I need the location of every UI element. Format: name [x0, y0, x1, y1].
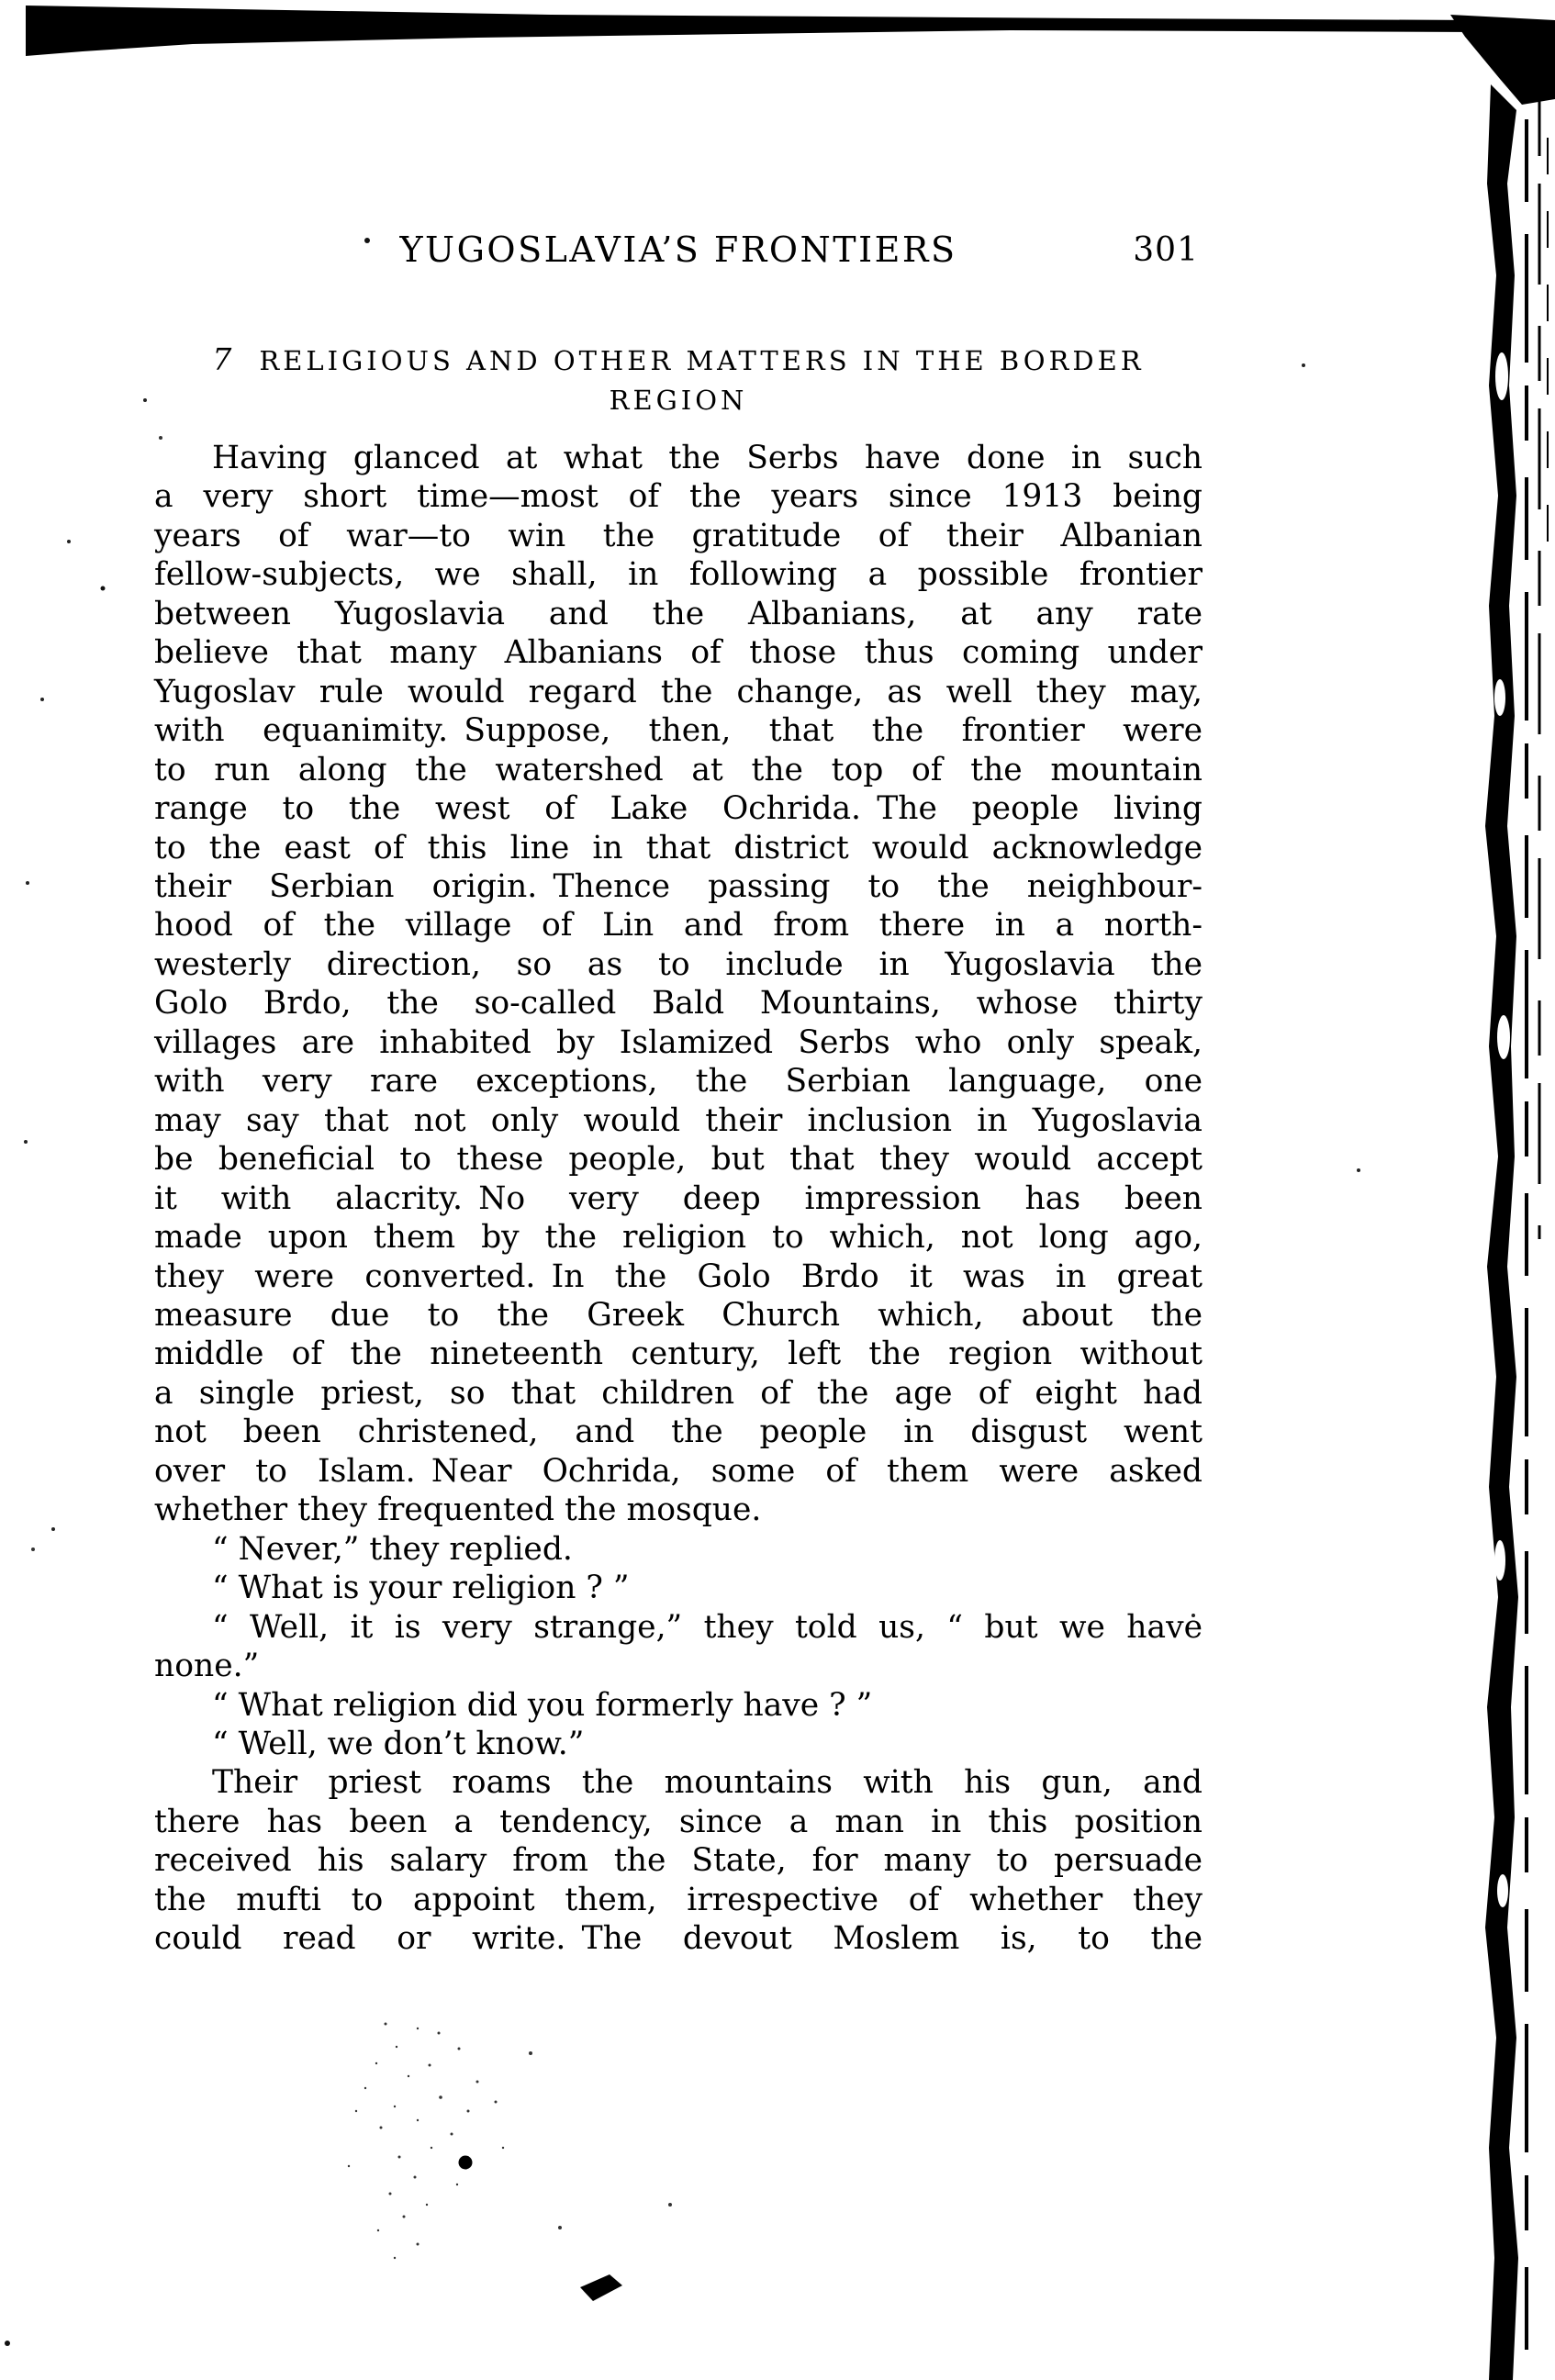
body-line: measure due to the Greek Church which, a…: [154, 1296, 1203, 1335]
scan-edge-top: [26, 6, 1483, 56]
spine-gap: [1494, 1540, 1505, 1581]
body-line: “ Never,” they replied.: [154, 1530, 1203, 1569]
body-line: “ What is your religion ? ”: [154, 1569, 1203, 1607]
ink-speck: [1302, 363, 1305, 367]
body-line: whether they frequented the mosque.: [154, 1491, 1203, 1529]
body-line: it with alacrity. No very deep impressio…: [154, 1179, 1203, 1218]
body-line: not been christened, and the people in d…: [154, 1413, 1203, 1451]
body-line: “ Well, it is very strange,” they told u…: [154, 1608, 1203, 1647]
speckle-cluster: [348, 2023, 672, 2260]
body-line: fellow-subjects, we shall, in following …: [154, 555, 1203, 594]
spine-gap: [1497, 1015, 1510, 1059]
body-line: Golo Brdo, the so-called Bald Mountains,…: [154, 984, 1203, 1022]
spine-gap: [1497, 1874, 1508, 1907]
body-line: villages are inhabited by Islamized Serb…: [154, 1023, 1203, 1062]
spine-gap: [1495, 352, 1508, 400]
body-line: Their priest roams the mountains with hi…: [154, 1763, 1203, 1802]
body-line: could read or write. The devout Moslem i…: [154, 1919, 1203, 1958]
section-heading-line1: 7 RELIGIOUS AND OTHER MATTERS IN THE BOR…: [154, 341, 1203, 377]
body-line: years of war—to win the gratitude of the…: [154, 517, 1203, 555]
ink-speck: [5, 2341, 10, 2346]
book-page-scan: YUGOSLAVIA’S FRONTIERS 301 7 RELIGIOUS A…: [0, 0, 1555, 2380]
section-title-continued: REGION: [154, 385, 1203, 416]
body-line: a very short time—most of the years sinc…: [154, 477, 1203, 516]
ink-speck: [31, 1548, 35, 1551]
ink-dot: [459, 2156, 473, 2170]
ink-speck: [67, 540, 71, 543]
body-line: with equanimity. Suppose, then, that the…: [154, 711, 1203, 750]
body-line: between Yugoslavia and the Albanians, at…: [154, 595, 1203, 633]
body-line: middle of the nineteenth century, left t…: [154, 1335, 1203, 1373]
ink-speck: [26, 881, 29, 885]
ink-speck: [1357, 1168, 1360, 1172]
body-text-column: Having glanced at what the Serbs have do…: [154, 439, 1203, 1959]
book-spine-edge: [1485, 84, 1518, 2380]
section-number: 7: [212, 341, 231, 377]
body-line: Having glanced at what the Serbs have do…: [154, 439, 1203, 477]
body-line: their Serbian origin. Thence passing to …: [154, 867, 1203, 906]
body-line: Yugoslav rule would regard the change, a…: [154, 673, 1203, 711]
ink-speck: [51, 1527, 55, 1531]
body-line: may say that not only would their inclus…: [154, 1101, 1203, 1140]
body-line: made upon them by the religion to which,…: [154, 1218, 1203, 1257]
ink-speck: [40, 698, 44, 701]
body-line: hood of the village of Lin and from ther…: [154, 906, 1203, 944]
page-number: 301: [1133, 231, 1199, 269]
ink-speck: [143, 398, 147, 402]
body-line: over to Islam. Near Ochrida, some of the…: [154, 1452, 1203, 1491]
spine-gap: [1494, 679, 1505, 716]
body-line: received his salary from the State, for …: [154, 1841, 1203, 1880]
body-line: to the east of this line in that distric…: [154, 829, 1203, 867]
body-line: to run along the watershed at the top of…: [154, 751, 1203, 789]
body-line: be beneficial to these people, but that …: [154, 1140, 1203, 1179]
body-line: range to the west of Lake Ochrida. The p…: [154, 789, 1203, 828]
body-line: with very rare exceptions, the Serbian l…: [154, 1062, 1203, 1101]
running-head-title: YUGOSLAVIA’S FRONTIERS: [154, 229, 1203, 270]
section-title: RELIGIOUS AND OTHER MATTERS IN THE BORDE…: [259, 345, 1144, 376]
ink-speck: [101, 587, 106, 591]
body-line: a single priest, so that children of the…: [154, 1374, 1203, 1413]
running-head: YUGOSLAVIA’S FRONTIERS 301: [154, 229, 1203, 270]
body-line: “ Well, we don’t know.”: [154, 1725, 1203, 1763]
ink-speck: [24, 1140, 28, 1144]
section-heading: 7 RELIGIOUS AND OTHER MATTERS IN THE BOR…: [154, 341, 1203, 416]
body-line: westerly direction, so as to include in …: [154, 945, 1203, 984]
body-line: “ What religion did you formerly have ? …: [154, 1686, 1203, 1725]
body-line: none.”: [154, 1647, 1203, 1685]
ink-smudge: [580, 2274, 622, 2301]
body-line: they were converted. In the Golo Brdo it…: [154, 1257, 1203, 1296]
body-line: there has been a tendency, since a man i…: [154, 1803, 1203, 1841]
body-line: believe that many Albanians of those thu…: [154, 633, 1203, 672]
body-line: the mufti to appoint them, irrespective …: [154, 1881, 1203, 1919]
scan-edge-corner: [1450, 15, 1555, 105]
